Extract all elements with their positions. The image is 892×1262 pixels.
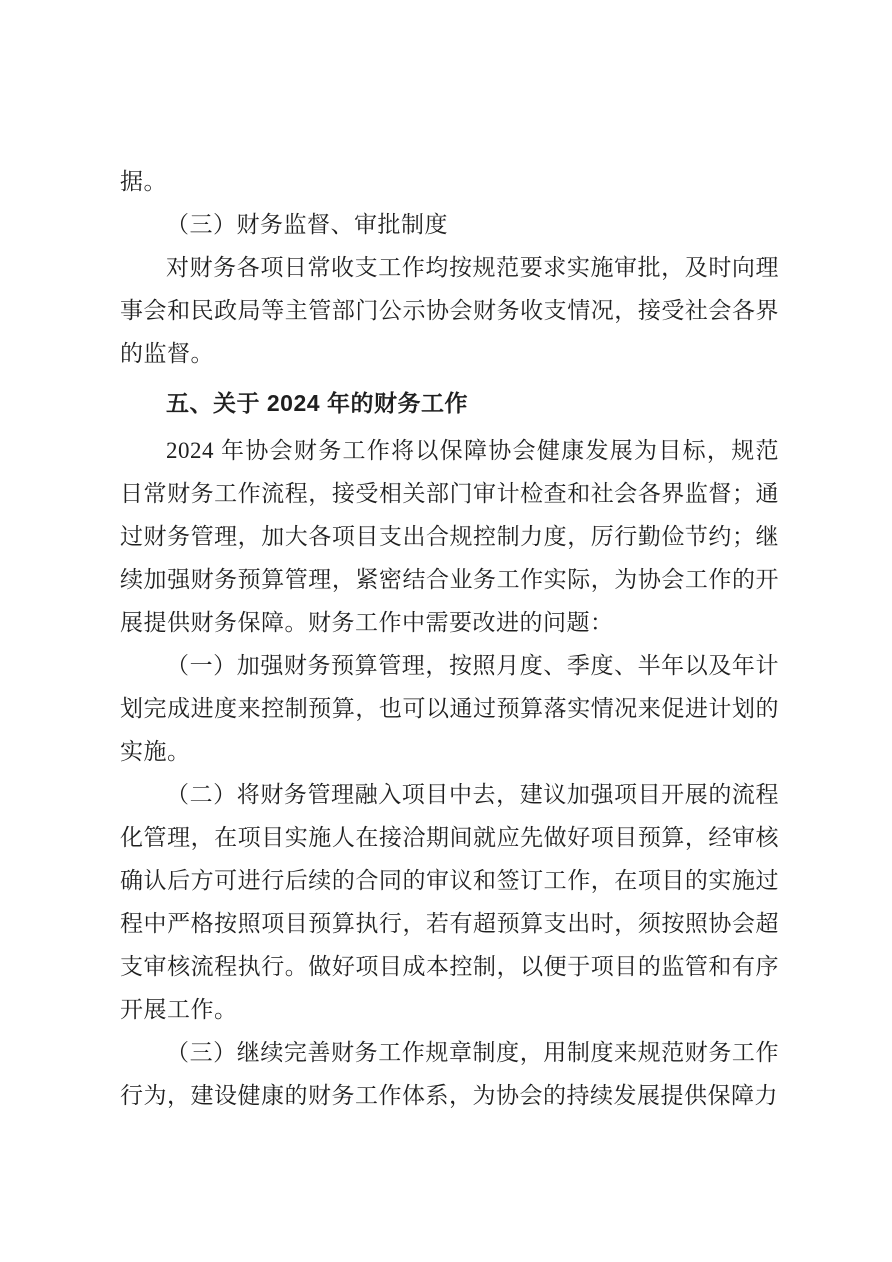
paragraph: （一）加强财务预算管理，按照月度、季度、半年以及年计划完成进度来控制预算，也可以… [120, 644, 779, 773]
paragraph: （三）继续完善财务工作规章制度，用制度来规范财务工作行为，建设健康的财务工作体系… [120, 1031, 779, 1117]
paragraph: 对财务各项日常收支工作均按规范要求实施审批，及时向理事会和民政局等主管部门公示协… [120, 246, 779, 375]
document-content: 据。（三）财务监督、审批制度对财务各项日常收支工作均按规范要求实施审批，及时向理… [120, 160, 779, 1117]
paragraph: （二）将财务管理融入项目中去，建议加强项目开展的流程化管理，在项目实施人在接洽期… [120, 773, 779, 1031]
section-heading: 五、关于 2024 年的财务工作 [120, 382, 779, 425]
document-page: 据。（三）财务监督、审批制度对财务各项日常收支工作均按规范要求实施审批，及时向理… [0, 0, 892, 1262]
paragraph: （三）财务监督、审批制度 [120, 203, 779, 246]
paragraph: 2024 年协会财务工作将以保障协会健康发展为目标，规范日常财务工作流程，接受相… [120, 429, 779, 644]
paragraph: 据。 [120, 160, 779, 203]
